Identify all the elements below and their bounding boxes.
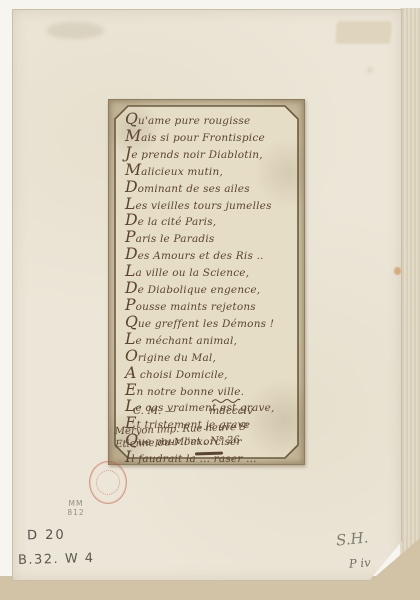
stamp-inner-mark bbox=[92, 467, 123, 499]
poem-line: Pousse maints rejetons bbox=[125, 298, 297, 315]
poem-line: Origine du Mal, bbox=[125, 349, 297, 366]
poem-line: La ville ou la Science, bbox=[125, 264, 297, 281]
etched-plate: Qu'ame pure rougisseMais si pour Frontis… bbox=[108, 99, 305, 465]
poem-line: De la cité Paris, bbox=[125, 213, 297, 230]
annotation-inventory-d20: D 20 bbox=[27, 528, 66, 544]
poem-line: En notre bonne ville. bbox=[125, 383, 297, 400]
annotation-plate-ref: P iv bbox=[349, 555, 372, 570]
tape-residue-stain bbox=[335, 21, 392, 44]
flourish-squiggle bbox=[211, 398, 241, 404]
poem-line: De Diabolique engence, bbox=[125, 281, 297, 298]
small-speck bbox=[368, 68, 372, 72]
poem-line: Malicieux mutin, bbox=[125, 163, 297, 180]
poem-line: Des Amours et des Ris .. bbox=[125, 247, 297, 264]
orange-fleck-stain bbox=[394, 267, 401, 275]
paper-stain bbox=[46, 22, 104, 39]
annotation-inventory-b32-w4: B.32. W 4 bbox=[18, 551, 95, 568]
poem-line: Que greffent les Démons ! bbox=[125, 315, 297, 332]
mat-backing-right bbox=[400, 8, 420, 600]
annotation-mm: MM bbox=[58, 499, 94, 508]
poem-line: Je prends noir Diablotin, bbox=[125, 146, 297, 163]
annotation-mm-812: MM 812 bbox=[58, 499, 94, 517]
date-roman-numerals: mdccclv bbox=[209, 405, 253, 417]
poem-line: Dominant de ses ailes bbox=[125, 180, 297, 197]
poem-line: Le méchant animal, bbox=[125, 332, 297, 349]
poem-line: Qu'ame pure rougisse bbox=[125, 112, 297, 129]
annotation-812: 812 bbox=[58, 508, 94, 517]
poem-line: A choisi Domicile, bbox=[125, 366, 297, 383]
red-collection-stamp bbox=[89, 461, 127, 504]
annotation-monogram: S.H. bbox=[335, 528, 369, 549]
poem-line: Les vieilles tours jumelles bbox=[125, 197, 297, 214]
poem-line: Mais si pour Frontispice bbox=[125, 129, 297, 146]
signature-row: C. M. — mdccclv bbox=[133, 405, 293, 417]
scanned-print-page: { "artwork": { "poem_lines": [ "Qu'ame p… bbox=[0, 0, 420, 600]
poem-line: Paris le Paradis bbox=[125, 230, 297, 247]
artist-signature: C. M. — bbox=[133, 405, 175, 417]
